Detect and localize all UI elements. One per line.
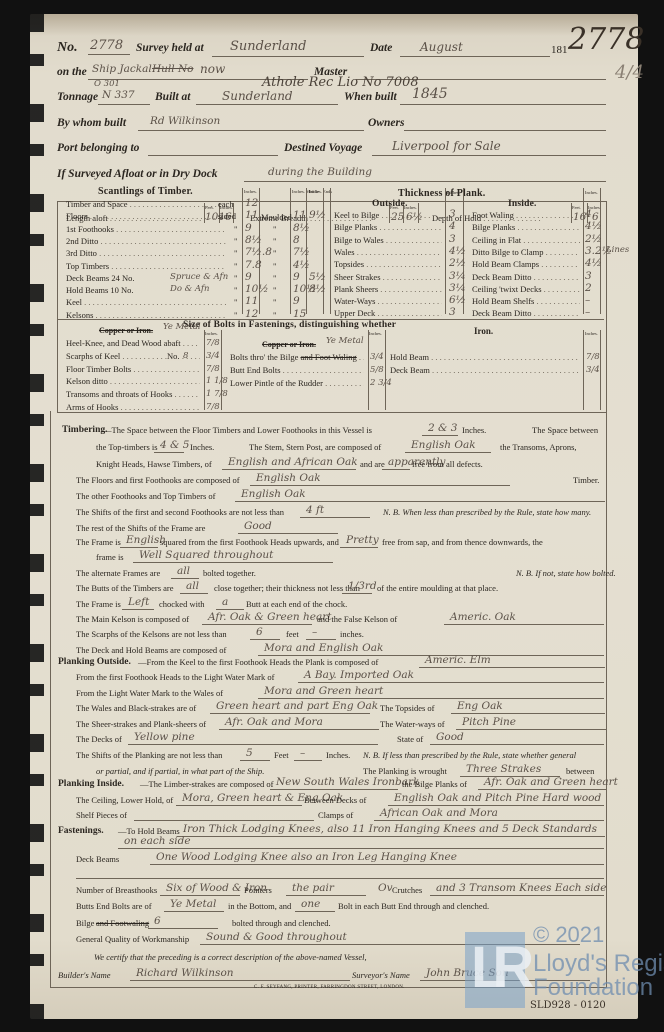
scantling-middle-value: 9 [293, 295, 300, 307]
handwritten-entry: the pair [292, 882, 334, 894]
form-text: The Water-ways of [380, 719, 445, 729]
fill-in-line [134, 820, 314, 821]
form-text: Inches. [326, 750, 350, 760]
scantling-middle-value: 7½ [293, 246, 310, 258]
bolt-label: Arms of Hooks . . . . . . . . . . . . . … [66, 402, 200, 412]
plank-inside-value: – [585, 306, 590, 318]
form-text: The rest of the Shifts of the Frame are [76, 523, 205, 533]
fill-in-line [294, 760, 322, 761]
scantling-middle-value: 4½ [293, 259, 310, 271]
handwritten-entry: Three Strakes [466, 763, 541, 775]
scantling-label: 3rd Ditto . . . . . . . . . . . . . . . … [66, 248, 226, 258]
scantling-qualifier: " [234, 285, 237, 295]
survey-held-value: Sunderland [230, 39, 306, 54]
lr-logo-icon: LR [465, 932, 525, 1008]
form-text: The Scarphs of the Kelsons are not less … [76, 629, 227, 639]
scantling-label: Top Timbers . . . . . . . . . . . . . . … [66, 261, 226, 271]
plank-outside-label: Sheer Strakes . . . . . . . . . . . . . … [334, 272, 442, 282]
form-text: or partial, and if partial, in what part… [96, 766, 264, 776]
scantling-middle-value: 15 [293, 308, 306, 320]
fill-in-line [342, 593, 372, 594]
scarph-no-label: No. [167, 351, 182, 361]
moulded-ditto: " [273, 236, 276, 246]
form-text: the Bilge Planks of [402, 779, 467, 789]
bolt-label: Butt End Bolts . . . . . . . . . . . . .… [230, 365, 364, 375]
moulded-ditto: " [273, 273, 276, 283]
survey-held-label: Survey held at [136, 42, 204, 54]
section-title: Planking Inside. [58, 779, 124, 789]
bolt-label: Hold Beam . . . . . . . . . . . . . . . … [390, 352, 580, 362]
form-text: The Frame is [76, 599, 121, 609]
plank-inside-label: Deck Beam Ditto . . . . . . . . . . . . … [472, 272, 580, 282]
scantling-ends-value: 5½ [309, 271, 326, 283]
form-text: From the Light Water Mark to the Wales o… [76, 688, 223, 698]
form-text: N. B. If less than prescribed by the Rul… [363, 750, 576, 760]
handwritten-entry: – [312, 626, 317, 638]
on-the-struck: Hull No [152, 63, 193, 75]
handwritten-entry: Americ. Oak [450, 611, 516, 623]
scantling-label: Deck Beams 24 No. of . . . . . . . . . .… [66, 273, 136, 283]
form-text: Crutches [392, 885, 422, 895]
handwritten-entry: all [186, 580, 199, 592]
col1-struck-header: Copper or Iron. [99, 326, 153, 335]
port-label: Port belonging to [57, 142, 139, 154]
form-text: Inches. [190, 442, 214, 452]
fill-in-line [478, 789, 606, 790]
scantling-sided-value: 7.8 [245, 259, 262, 271]
plank-outside-value: 3 [449, 233, 456, 245]
built-at-label: Built at [155, 91, 190, 103]
form-text: The Stem, Stern Post, are composed of [249, 442, 381, 452]
handwritten-entry: A Bay. Imported Oak [304, 669, 414, 681]
fill-in-line [120, 547, 158, 548]
form-text: Feet [274, 750, 289, 760]
form-text: in the Bottom, and [228, 901, 291, 911]
date-label: Date [370, 42, 392, 54]
form-text: Butts End Bolts are of [76, 901, 152, 911]
scarph-no-value: 8 [183, 351, 188, 361]
scantling-qualifier: " [234, 248, 237, 258]
inside-title: Inside. [508, 199, 537, 209]
owners-label: Owners [368, 117, 404, 129]
afloat-value: during the Building [268, 166, 372, 178]
iron-title: Iron. [474, 326, 493, 336]
handwritten-entry: Green heart and part Eng Oak [216, 700, 378, 712]
scantling-sided-value: 11 [245, 295, 258, 307]
bolt-label: Transoms and throats of Hooks . . . . . … [66, 389, 200, 399]
fill-in-line [210, 713, 370, 714]
handwritten-entry: Afr. Oak and Green heart [484, 776, 618, 788]
fill-in-line [150, 864, 604, 865]
fill-in-line [382, 469, 410, 470]
plank-inside-label: Ditto Bilge to Clamp . . . . . . . . . .… [472, 247, 580, 257]
afloat-label: If Surveyed Afloat or in Dry Dock [57, 168, 218, 180]
fill-in-line [164, 911, 224, 912]
fill-in-line [118, 848, 604, 849]
handwritten-entry: Good [436, 731, 464, 743]
handwritten-entry: English Oak [256, 472, 321, 484]
fill-in-line [250, 639, 280, 640]
form-text: The Topsides of [380, 703, 435, 713]
scantling-note: Do & Afn [170, 284, 210, 294]
form-text: The Sheer-strakes and Plank-sheers of [76, 719, 206, 729]
handwritten-entry: New South Wales Ironbark [276, 776, 419, 788]
section-title: Fastenings. [58, 826, 104, 836]
form-text: From the first Foothook Heads to the Lig… [76, 672, 274, 682]
fill-in-line [222, 469, 356, 470]
moulded-label: Moulded [261, 212, 292, 222]
form-text: State of [397, 734, 423, 744]
handwritten-entry: 6 [256, 626, 263, 638]
plank-inside-value: 4½ [585, 257, 602, 269]
form-text: Surveyor's Name [352, 970, 410, 980]
scantling-label: Keel . . . . . . . . . . . . . . . . . .… [66, 297, 226, 307]
fill-in-line [340, 547, 378, 548]
form-text: Bolt in each Butt End through and clench… [338, 901, 489, 911]
handwritten-entry: English and African Oak [228, 456, 358, 468]
bolt-value: 1 1/8 [206, 376, 228, 386]
fill-in-line [250, 485, 510, 486]
fill-in-line [444, 624, 604, 625]
fill-in-line [451, 713, 605, 714]
handwritten-entry: 6 [154, 915, 161, 927]
form-text: Knight Heads, Hawse Timbers, of [96, 459, 212, 469]
plank-inside-value: 2 [585, 282, 592, 294]
plank-outside-value: 3¼ [449, 270, 466, 282]
scantling-qualifier: sided [218, 211, 236, 221]
handwritten-entry: 1/3rd [348, 580, 377, 592]
plank-outside-label: Keel to Bilge . . . . . . . . . . . . . … [334, 210, 442, 220]
scantling-sided-value: 9 [245, 222, 252, 234]
scantling-middle-value: 11 [293, 209, 306, 221]
handwritten-entry: 5 [246, 747, 253, 759]
fill-in-line [171, 578, 199, 579]
form-text: close together; their thickness not less… [214, 583, 360, 593]
plank-inside-label: Deck Beam Ditto . . . . . . . . . . . . … [472, 308, 580, 318]
no-label: No. [57, 40, 78, 56]
fill-in-line [298, 682, 604, 683]
fill-in-line [300, 517, 370, 518]
handwritten-entry: and 3 Transom Knees Each side [436, 882, 607, 894]
plank-outside-value: 3 [449, 306, 456, 318]
form-text: Inches. [462, 425, 486, 435]
form-text: The Main Kelson is composed of [76, 614, 189, 624]
moulded-ditto: " [273, 248, 276, 258]
plank-title: Thickness of Plank. [398, 188, 485, 199]
handwritten-entry: all [177, 565, 190, 577]
fill-in-line [374, 820, 604, 821]
section-title: Planking Outside. [58, 657, 131, 667]
fill-in-line [160, 895, 240, 896]
scantling-label: Floors . . . . . . . . . . . . . . . . .… [66, 211, 226, 221]
fill-in-line [306, 639, 336, 640]
handwritten-entry: Sound & Good throughout [206, 931, 347, 943]
handwritten-entry: Americ. Elm [425, 654, 491, 666]
handwritten-entry: 4 ft [306, 504, 324, 516]
form-text: of the entire moulding at that place. [377, 583, 498, 593]
fill-in-line [405, 452, 491, 453]
handwritten-entry: Mora and English Oak [264, 642, 383, 654]
scantling-middle-value: 9 [293, 271, 300, 283]
handwritten-entry: African Oak and Mora [380, 807, 498, 819]
plank-outside-label: Topsides . . . . . . . . . . . . . . . .… [334, 259, 442, 269]
plank-outside-label: Bilge Planks . . . . . . . . . . . . . .… [334, 222, 442, 232]
built-at-value: Sunderland [222, 89, 293, 103]
scantling-qualifier: " [234, 273, 237, 283]
printer-imprint: C. F. SEYFANG, PRINTER, FARRINGDON STREE… [254, 985, 405, 990]
fill-in-line [430, 895, 604, 896]
form-text: free from sap, and from thence downwards… [382, 537, 543, 547]
fill-in-line [286, 895, 366, 896]
bolt-label: Kelson ditto . . . . . . . . . . . . . .… [66, 376, 200, 386]
on-the-label: on the [57, 66, 87, 78]
form-text: Butt at each end of the chock. [246, 599, 347, 609]
plank-outside-value: 4½ [449, 245, 466, 257]
plank-outside-label: Bilge to Wales . . . . . . . . . . . . .… [334, 235, 442, 245]
scantling-sided-value: 12 [245, 308, 258, 320]
form-text: Bilge [76, 918, 94, 928]
by-whom-value: Rd Wilkinson [150, 115, 220, 127]
scantling-label: 1st Foothooks . . . . . . . . . . . . . … [66, 224, 226, 234]
handwritten-entry: English Oak [241, 488, 306, 500]
form-text: The Frame is [76, 537, 121, 547]
bolt-value: 1 7/8 [206, 389, 228, 399]
handwritten-entry: Pitch Pine [462, 716, 516, 728]
fill-in-line [430, 744, 604, 745]
handwritten-entry: Ye Metal [170, 898, 216, 910]
form-text: the Transoms, Aprons, [500, 442, 577, 452]
handwritten-entry: – [300, 747, 305, 759]
handwritten-entry: One Wood Lodging Knee also an Iron Leg H… [156, 851, 457, 863]
handwritten-entry: Mora and Green heart [264, 685, 383, 697]
plank-inside-value: – [585, 294, 590, 306]
handwritten-entry: Yellow pine [134, 731, 195, 743]
scantling-middle-value: 8½ [293, 222, 310, 234]
form-text: —The Limber-strakes are composed of [140, 779, 273, 789]
fill-in-line [238, 533, 338, 534]
form-text: bolted together. [203, 568, 256, 578]
form-text: free from all defects. [412, 459, 483, 469]
form-text: Timber. [573, 475, 599, 485]
form-text: The Planking is wrought [363, 766, 447, 776]
plank-inside-value: 4½ [585, 220, 602, 232]
voyage-label: Destined Voyage [284, 142, 362, 154]
plank-inside-label: Foot Waling . . . . . . . . . . . . . . … [472, 210, 580, 220]
scantling-sided-value: 9 [245, 271, 252, 283]
fill-in-line [295, 911, 335, 912]
plank-inside-label: Hold Beam Clamps . . . . . . . . . . . .… [472, 259, 580, 269]
date-value: August [420, 40, 463, 54]
handwritten-entry: Richard Wilkinson [136, 967, 234, 979]
form-text: The Wales and Black-strakes are of [76, 703, 196, 713]
form-text: —From the Keel to the first Foothook Hea… [138, 657, 378, 667]
scantling-middle-value: 8 [293, 234, 300, 246]
plank-outside-label: Upper Deck . . . . . . . . . . . . . . .… [334, 308, 442, 318]
no-value: 2778 [90, 38, 123, 53]
moulded-ditto: " [273, 285, 276, 295]
fill-in-line [154, 452, 184, 453]
watermark-line2: Foundation [533, 974, 653, 1002]
plank-outside-value: 3 [449, 208, 456, 220]
bolt-value: 7/8 [206, 402, 220, 412]
form-text: N. B. When less than prescribed by the R… [383, 507, 591, 517]
when-built-label: When built [344, 91, 397, 103]
fill-in-line [133, 562, 333, 563]
form-text: The Space between [532, 425, 598, 435]
form-text: The Ceiling, Lower Hold, of [76, 795, 173, 805]
scantling-label: 2nd Ditto . . . . . . . . . . . . . . . … [66, 236, 226, 246]
fill-in-line [176, 805, 302, 806]
bolt-value: 3/4 [370, 352, 384, 362]
scantling-sided-value: 12 [245, 197, 258, 209]
form-text: The alternate Frames are [76, 568, 160, 578]
plank-inside-value: 2½ [585, 233, 602, 245]
form-text: and Footwaling [96, 918, 149, 928]
fill-in-line [122, 609, 154, 610]
fill-in-line [148, 928, 218, 929]
moulded-ditto: " [273, 224, 276, 234]
form-text: The other Foothooks and Top Timbers of [76, 491, 216, 501]
form-text: the Top-timbers is [96, 442, 158, 452]
handwritten-entry: Afr. Oak & Green heart [208, 611, 332, 623]
scantling-note: Spruce & Afn [170, 272, 228, 282]
form-text: The Floors and first Foothooks are compo… [76, 475, 240, 485]
form-text: The Shifts of the first and second Footh… [76, 507, 284, 517]
fill-in-line [456, 729, 606, 730]
fill-in-line [130, 980, 350, 981]
form-text: bolted through and clenched. [232, 918, 331, 928]
form-text: Deck Beams [76, 854, 119, 864]
bolt-value: 5/8 [370, 365, 384, 375]
scantling-qualifier: " [234, 261, 237, 271]
bolt-value: 3/4 [206, 351, 220, 361]
handwritten-entry: Good [244, 520, 272, 532]
handwritten-entry: Ov [378, 882, 393, 894]
form-text: squared from the first Foothook Heads up… [160, 537, 339, 547]
handwritten-entry: Well Squared throughout [139, 549, 273, 561]
moulded-ditto: " [273, 297, 276, 307]
form-text: Builder's Name [58, 970, 111, 980]
handwritten-entry: Eng Oak [457, 700, 503, 712]
handwritten-entry: a [222, 596, 228, 608]
form-text: and are [360, 459, 385, 469]
handwritten-entry: English Oak and Pitch Pine Hard wood [394, 792, 601, 804]
corner-number: 2778 [568, 22, 644, 57]
year-prefix: 181 [551, 44, 568, 56]
bolt-label: Lower Pintle of the Rudder . . . . . . .… [230, 378, 364, 388]
plank-inside-value: 4 [585, 208, 592, 220]
fill-in-line [128, 744, 378, 745]
plank-outside-value: 3¼ [449, 282, 466, 294]
bolt-label: Floor Timber Bolts . . . . . . . . . . .… [66, 364, 200, 374]
fill-in-line [419, 667, 605, 668]
bolt-label: Heel-Knee, and Dead Wood abaft . . . . .… [66, 338, 200, 348]
tonnage-old: O 301 [94, 79, 120, 89]
form-text: Shelf Pieces of [76, 810, 127, 820]
bolt-label: Deck Beam . . . . . . . . . . . . . . . … [390, 365, 580, 375]
voyage-value: Liverpool for Sale [392, 139, 501, 153]
on-the-now: now [200, 62, 225, 76]
fill-in-line [235, 501, 605, 502]
handwritten-entry: Left [128, 596, 149, 608]
handwritten-entry: 4 & 5 [160, 439, 189, 451]
plank-outside-label: Plank Sheers . . . . . . . . . . . . . .… [334, 284, 442, 294]
watermark-copyright: © 2021 [533, 922, 604, 948]
by-whom-label: By whom built [57, 117, 126, 129]
form-text: The Shifts of the Planking are not less … [76, 750, 222, 760]
form-text: The Decks of [76, 734, 122, 744]
handwritten-entry: Iron Thick Lodging Knees, also 11 Iron H… [183, 823, 597, 835]
bolt-value: 7/8 [206, 364, 220, 374]
scantling-qualifier: each [218, 199, 234, 209]
form-text: feet [286, 629, 299, 639]
scantlings-title: Scantlings of Timber. [98, 186, 193, 197]
tonnage-label: Tonnage [57, 91, 98, 103]
section-title: Timbering. [62, 425, 107, 435]
bolt-label: Bolts thro' the Bilge and Foot Waling . … [230, 352, 364, 362]
tonnage-value: N 337 [102, 89, 135, 101]
on-the-value: Ship Jackal [92, 63, 152, 75]
bolt-value: 3/4 [586, 365, 600, 375]
scantling-qualifier: " [234, 297, 237, 307]
form-text: chocked with [159, 599, 205, 609]
fill-in-line [202, 624, 312, 625]
corner-margin-note: 4/4 [615, 62, 644, 83]
torn-left-edge [30, 14, 44, 1019]
fill-in-line [180, 593, 208, 594]
plank-outside-value: 2½ [449, 257, 466, 269]
form-text: and the False Kelson of [317, 614, 397, 624]
scantling-sided-value: 11 [245, 209, 258, 221]
fill-in-line [76, 878, 604, 879]
outside-title: Outside. [372, 199, 408, 209]
form-text: Clamps of [318, 810, 353, 820]
scantling-ends-value: 9½ [309, 209, 326, 221]
bolts-title: Size of Bolts in Fastenings, distinguish… [183, 320, 396, 330]
moulded-ditto: " [273, 261, 276, 271]
fill-in-line [270, 789, 398, 790]
scantling-sided-value: 7½.8 [245, 246, 272, 258]
scantling-qualifier: " [234, 224, 237, 234]
scantling-label: Hold Beams 10 No. of . . . . . . . . . .… [66, 285, 136, 295]
handwritten-entry: Pretty [346, 534, 379, 546]
plank-inside-value: 3 [585, 270, 592, 282]
scantling-ends-value: 8½ [309, 283, 326, 295]
fill-in-line [219, 729, 379, 730]
fill-in-line [240, 760, 270, 761]
plank-inside-label: Bilge Planks . . . . . . . . . . . . . .… [472, 222, 580, 232]
plank-inside-label: Hold Beam Shelfs . . . . . . . . . . . .… [472, 296, 580, 306]
scantling-sided-value: 8½ [245, 234, 262, 246]
plank-outside-value: 6½ [449, 294, 466, 306]
fill-in-line [216, 609, 244, 610]
plank-outside-label: Water-Ways . . . . . . . . . . . . . . .… [334, 296, 442, 306]
col2-struck-header: Copper or Iron. [262, 340, 316, 349]
fill-in-line [177, 836, 605, 837]
scantling-qualifier: " [234, 236, 237, 246]
handwritten-entry: on each side [124, 835, 191, 847]
plank-inside-label: Ceiling in Flat . . . . . . . . . . . . … [472, 235, 580, 245]
scantling-sided-value: 10½ [245, 283, 269, 295]
form-text: between [566, 766, 594, 776]
fill-in-line [388, 805, 604, 806]
form-text: The Deck and Hold Beams are composed of [76, 645, 226, 655]
master-extra: Athole Rec Lio No 7008 [262, 75, 419, 90]
fill-in-line [422, 435, 458, 436]
form-text: frame is [96, 552, 124, 562]
bolt-value: 2 3/4 [370, 378, 392, 388]
handwritten-entry: 2 & 3 [428, 422, 457, 434]
